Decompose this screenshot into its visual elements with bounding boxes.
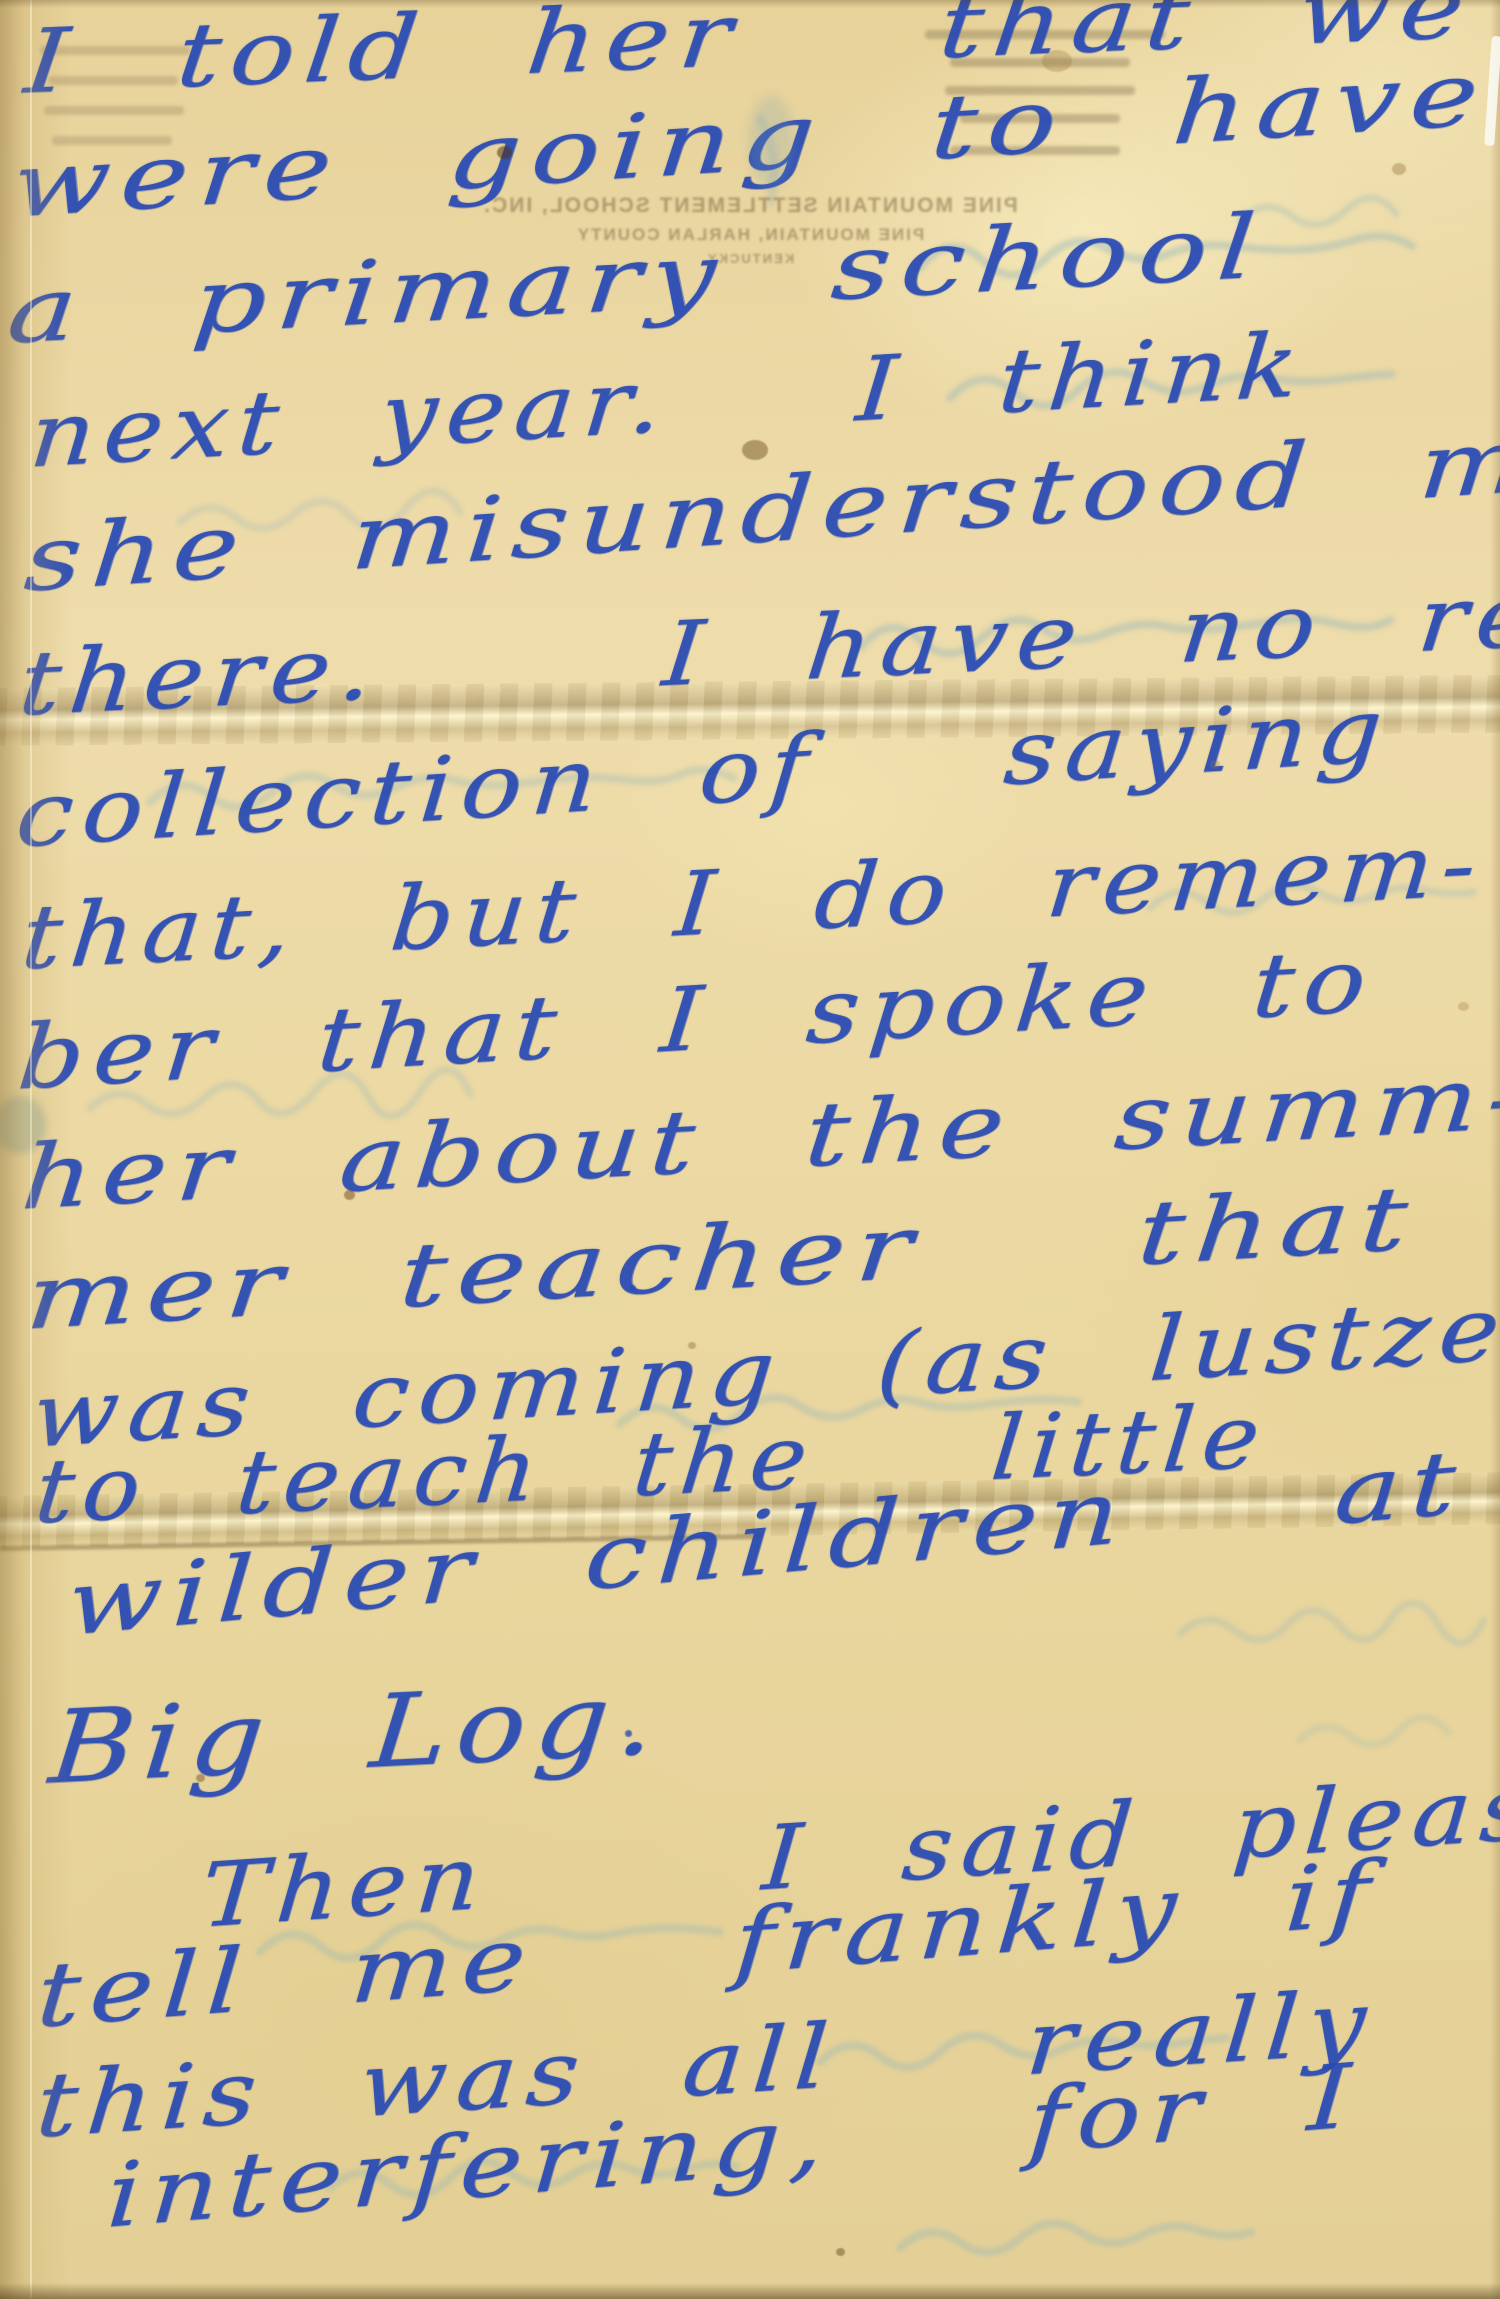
bottom-edge-shading [0,2283,1500,2299]
ink-dot [625,1730,632,1737]
foxing-spot [1210,760,1220,769]
showthrough-stroke [1300,1717,1448,1744]
foxing-spot [742,440,768,460]
showthrough-stroke [1180,1603,1484,1643]
foxing-spot [196,1774,205,1782]
foxing-spot [1042,50,1072,72]
right-edge-shading [1490,0,1500,2299]
letter-page: PINE MOUNTAIN SETTLEMENT SCHOOL, INC. PI… [0,0,1500,2299]
foxing-spot [688,1342,696,1349]
ink-dot [630,1285,636,1291]
ink-smudge [748,96,794,188]
handwriting-line-15: Big Log. [46,1668,668,1799]
foxing-spot [1392,163,1406,175]
foxing-spot [344,1190,355,1200]
top-edge-shading [0,0,1500,8]
showthrough-stroke [900,2223,1252,2252]
left-edge-shading [0,0,70,2299]
foxing-spot [1458,1002,1469,1011]
left-fold-highlight [30,0,32,2299]
foxing-spot [836,2248,845,2256]
foxing-spot [497,146,512,159]
